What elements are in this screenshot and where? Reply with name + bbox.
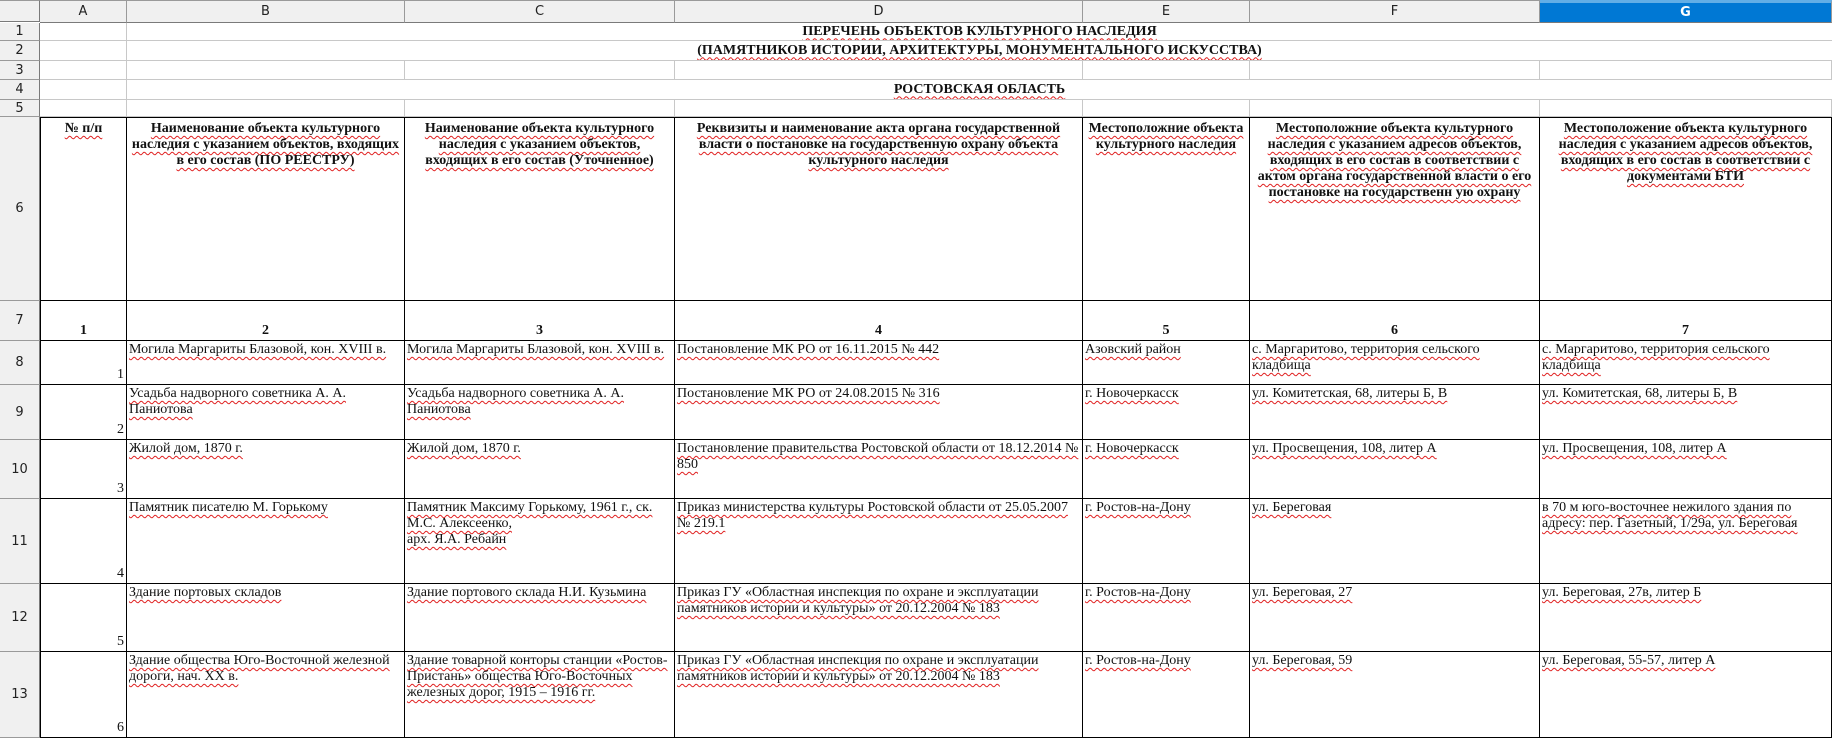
row-index-text: 1 [117,367,124,383]
column-title-text: Наименование объекта культурного наследи… [132,121,399,168]
cell-name-registry[interactable]: Могила Маргариты Блазовой, кон. XVIII в. [127,341,405,385]
column-number-6[interactable]: 6 [1250,301,1540,341]
cell-address-bti[interactable]: ул. Просвещения, 108, литер А [1540,440,1832,499]
row-header-9[interactable]: 9 [0,385,40,440]
column-title-1[interactable]: № п/п [40,117,127,301]
cell-act[interactable]: Постановление правительства Ростовской о… [675,440,1083,499]
cell-name-refined[interactable]: Здание портового склада Н.И. Кузьмина [405,584,675,652]
row-index[interactable]: 5 [40,584,127,652]
cell-text: Усадьба надворного советника А. А. Панио… [407,386,624,417]
cell-name-registry[interactable]: Здание портовых складов [127,584,405,652]
cell[interactable] [1540,100,1832,117]
column-title-text: Местоположение объекта культурного насле… [1559,121,1813,184]
row-header-2[interactable]: 2 [0,41,40,61]
cell-text: г. Новочеркасск [1085,441,1179,456]
cell-act[interactable]: Приказ министерства культуры Ростовской … [675,499,1083,584]
column-title-text: Реквизиты и наименование акта органа гос… [697,121,1060,168]
column-title-7[interactable]: Местоположение объекта культурного насле… [1540,117,1832,301]
cell-location[interactable]: г. Ростов-на-Дону [1083,499,1250,584]
cell-address-act[interactable]: ул. Комитетская, 68, литеры Б, В [1250,385,1540,440]
cell-text: Могила Маргариты Блазовой, кон. XVIII в. [129,342,386,357]
row-header-3[interactable]: 3 [0,61,40,80]
cell-location[interactable]: г. Новочеркасск [1083,385,1250,440]
select-all-corner[interactable] [0,0,40,22]
cell-text: Приказ ГУ «Областная инспекция по охране… [677,585,1039,616]
cell-text: Азовский район [1085,342,1181,357]
cell-text: Здание общества Юго-Восточной железной д… [129,653,390,684]
cell[interactable] [1083,100,1250,117]
row-header-12[interactable]: 12 [0,584,40,652]
row-index-text: 6 [117,720,124,736]
spreadsheet: ABCDEFG12345678910111213ПЕРЕЧЕНЬ ОБЪЕКТО… [0,0,1832,738]
cell-address-bti[interactable]: с. Маргаритово, территория сельского кла… [1540,341,1832,385]
cell[interactable] [1083,61,1250,80]
cell-text: ул. Комитетская, 68, литеры Б, В [1252,386,1447,401]
title-line-1[interactable]: ПЕРЕЧЕНЬ ОБЪЕКТОВ КУЛЬТУРНОГО НАСЛЕДИЯ [127,23,1832,41]
cell-name-refined[interactable]: Могила Маргариты Блазовой, кон. XVIII в. [405,341,675,385]
cell-text: с. Маргаритово, территория сельского кла… [1252,342,1480,373]
column-header-d[interactable]: D [675,0,1083,23]
cell-text: ул. Просвещения, 108, литер А [1252,441,1437,456]
cell-address-act[interactable]: ул. Береговая, 27 [1250,584,1540,652]
cell-text: Жилой дом, 1870 г. [129,441,243,456]
row-header-4[interactable]: 4 [0,80,40,100]
column-number-1[interactable]: 1 [40,301,127,341]
cell-address-bti[interactable]: ул. Береговая, 27в, литер Б [1540,584,1832,652]
cell-name-registry[interactable]: Здание общества Юго-Восточной железной д… [127,652,405,738]
cell-location[interactable]: г. Ростов-на-Дону [1083,584,1250,652]
title-line-2[interactable]: (ПАМЯТНИКОВ ИСТОРИИ, АРХИТЕКТУРЫ, МОНУМЕ… [127,41,1832,61]
cell-location[interactable]: Азовский район [1083,341,1250,385]
cell-text: Постановление МК РО от 24.08.2015 № 316 [677,386,940,401]
cell-address-bti[interactable]: в 70 м юго-восточнее нежилого здания по … [1540,499,1832,584]
row-header-1[interactable]: 1 [0,23,40,41]
row-index-text: 4 [117,566,124,582]
cell-location[interactable]: г. Ростов-на-Дону [1083,652,1250,738]
cell-text: ул. Береговая, 59 [1252,653,1352,668]
cell-text: ул. Береговая [1252,500,1331,515]
cell-name-registry[interactable]: Усадьба надворного советника А. А. Панио… [127,385,405,440]
cell-address-act[interactable]: ул. Береговая, 59 [1250,652,1540,738]
cell-name-refined[interactable]: Памятник Максиму Горькому, 1961 г., ск. … [405,499,675,584]
cell-text: Усадьба надворного советника А. А. Панио… [129,386,346,417]
cell-text: ул. Просвещения, 108, литер А [1542,441,1727,456]
cell[interactable] [1250,100,1540,117]
cell-act[interactable]: Постановление МК РО от 16.11.2015 № 442 [675,341,1083,385]
column-header-b[interactable]: B [127,0,405,23]
cell-text: Здание товарной конторы станции «Ростов-… [407,653,668,700]
row-index[interactable]: 6 [40,652,127,738]
column-number-3[interactable]: 3 [405,301,675,341]
cell[interactable] [40,100,127,117]
cell-text: Могила Маргариты Блазовой, кон. XVIII в. [407,342,664,357]
column-header-e[interactable]: E [1083,0,1250,23]
cell-location[interactable]: г. Новочеркасск [1083,440,1250,499]
cell-text: ул. Береговая, 55-57, литер А [1542,653,1715,668]
column-title-5[interactable]: Местоположние объекта культурного наслед… [1083,117,1250,301]
cell-text: в 70 м юго-восточнее нежилого здания по … [1542,500,1797,531]
column-title-3[interactable]: Наименование объекта культурного наследи… [405,117,675,301]
cell[interactable] [405,61,675,80]
cell[interactable] [405,100,675,117]
cell-text: г. Ростов-на-Дону [1085,500,1191,515]
title-line-2-text: (ПАМЯТНИКОВ ИСТОРИИ, АРХИТЕКТУРЫ, МОНУМЕ… [697,43,1261,59]
cell-address-bti[interactable]: ул. Береговая, 55-57, литер А [1540,652,1832,738]
column-title-4[interactable]: Реквизиты и наименование акта органа гос… [675,117,1083,301]
column-title-text: Местоположние объекта культурного наслед… [1089,121,1244,152]
row-index[interactable]: 1 [40,341,127,385]
row-header-7[interactable]: 7 [0,301,40,341]
cell[interactable] [40,41,127,61]
row-header-6[interactable]: 6 [0,117,40,301]
cell[interactable] [40,61,127,80]
column-title-2[interactable]: Наименование объекта культурного наследи… [127,117,405,301]
column-header-f[interactable]: F [1250,0,1540,23]
column-number-5[interactable]: 5 [1083,301,1250,341]
cell-address-act[interactable]: с. Маргаритово, территория сельского кла… [1250,341,1540,385]
cell-text: Жилой дом, 1870 г. [407,441,521,456]
row-header-5[interactable]: 5 [0,100,40,117]
row-header-13[interactable]: 13 [0,652,40,738]
cell-address-act[interactable]: ул. Просвещения, 108, литер А [1250,440,1540,499]
cell-act[interactable]: Приказ ГУ «Областная инспекция по охране… [675,584,1083,652]
row-index[interactable]: 2 [40,385,127,440]
cell[interactable] [127,61,405,80]
cell-text: Приказ министерства культуры Ростовской … [677,500,1068,531]
title-line-1-text: ПЕРЕЧЕНЬ ОБЪЕКТОВ КУЛЬТУРНОГО НАСЛЕДИЯ [802,24,1156,40]
cell-text: г. Ростов-на-Дону [1085,585,1191,600]
region-title[interactable]: РОСТОВСКАЯ ОБЛАСТЬ [127,80,1832,100]
cell[interactable] [675,61,1083,80]
column-number-7[interactable]: 7 [1540,301,1832,341]
row-index-text: 2 [117,422,124,438]
cell-text: ул. Береговая, 27в, литер Б [1542,585,1701,600]
column-number-2[interactable]: 2 [127,301,405,341]
row-header-8[interactable]: 8 [0,341,40,385]
cell-text: Постановление МК РО от 16.11.2015 № 442 [677,342,939,357]
row-index-text: 3 [117,481,124,497]
cell[interactable] [40,23,127,41]
cell-text: Здание портового склада Н.И. Кузьмина [407,585,646,600]
cell-text: Здание портовых складов [129,585,281,600]
cell[interactable] [675,100,1083,117]
cell-text: с. Маргаритово, территория сельского кла… [1542,342,1770,373]
cell-address-bti[interactable]: ул. Комитетская, 68, литеры Б, В [1540,385,1832,440]
cell-address-act[interactable]: ул. Береговая [1250,499,1540,584]
column-title-6[interactable]: Местоположние объекта культурного наслед… [1250,117,1540,301]
column-title-text: Наименование объекта культурного наследи… [425,121,654,168]
row-header-11[interactable]: 11 [0,499,40,584]
cell[interactable] [1250,61,1540,80]
cell-name-refined[interactable]: Жилой дом, 1870 г. [405,440,675,499]
row-header-10[interactable]: 10 [0,440,40,499]
cell-act[interactable]: Приказ ГУ «Областная инспекция по охране… [675,652,1083,738]
cell-text: ул. Береговая, 27 [1252,585,1352,600]
row-index[interactable]: 3 [40,440,127,499]
cell-text: Памятник Максиму Горькому, 1961 г., ск. … [407,500,652,547]
cell-text: Постановление правительства Ростовской о… [677,441,1078,472]
cell-text: Памятник писателю М. Горькому [129,500,328,515]
column-number-4[interactable]: 4 [675,301,1083,341]
cell[interactable] [1540,61,1832,80]
cell-act[interactable]: Постановление МК РО от 24.08.2015 № 316 [675,385,1083,440]
cell-name-registry[interactable]: Памятник писателю М. Горькому [127,499,405,584]
row-index[interactable]: 4 [40,499,127,584]
cell-name-refined[interactable]: Здание товарной конторы станции «Ростов-… [405,652,675,738]
column-title-text: Местоположние объекта культурного наслед… [1258,121,1531,200]
cell-text: г. Ростов-на-Дону [1085,653,1191,668]
cell-text: г. Новочеркасск [1085,386,1179,401]
cell-name-registry[interactable]: Жилой дом, 1870 г. [127,440,405,499]
column-title-text: № п/п [65,121,103,136]
column-header-a[interactable]: A [40,0,127,23]
cell-name-refined[interactable]: Усадьба надворного советника А. А. Панио… [405,385,675,440]
region-title-text: РОСТОВСКАЯ ОБЛАСТЬ [894,82,1065,98]
cell-text: ул. Комитетская, 68, литеры Б, В [1542,386,1737,401]
row-index-text: 5 [117,634,124,650]
column-header-g[interactable]: G [1540,0,1832,23]
cell[interactable] [127,100,405,117]
cell[interactable] [40,80,127,100]
cell-text: Приказ ГУ «Областная инспекция по охране… [677,653,1039,684]
column-header-c[interactable]: C [405,0,675,23]
